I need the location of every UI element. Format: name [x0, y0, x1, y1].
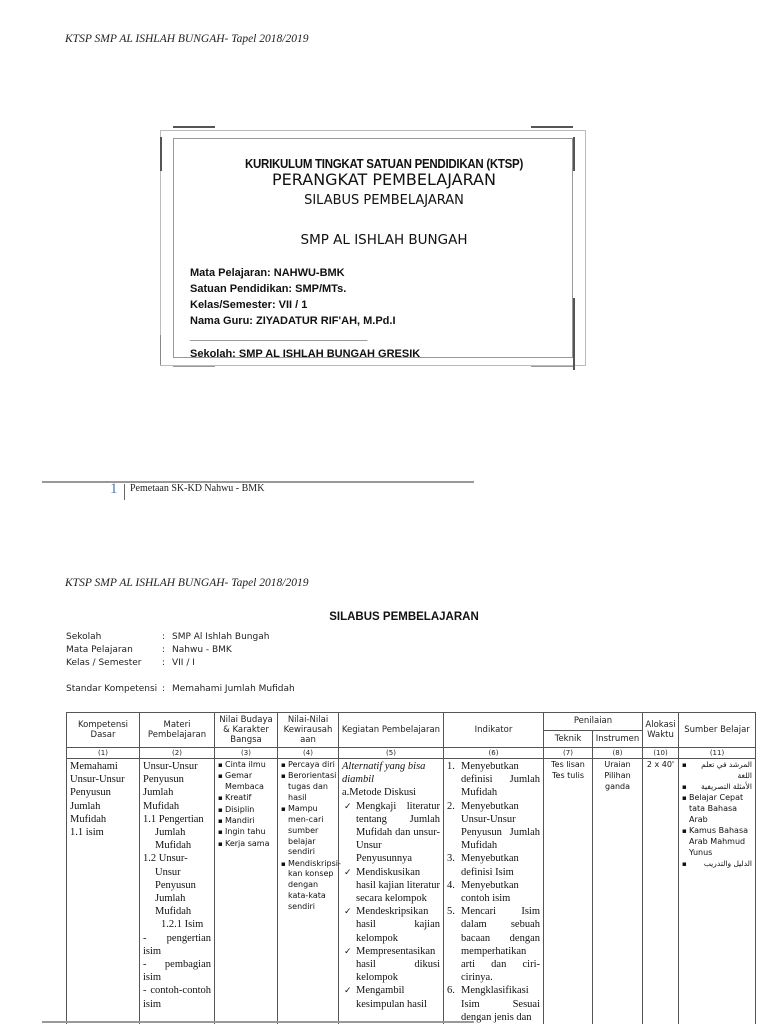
frame-corner: [173, 126, 215, 128]
meta-value: Memahami Jumlah Mufidah: [172, 684, 295, 694]
materi-item: 1.1 Pengertian Jumlah Mufidah: [143, 813, 211, 853]
materi-point: - contoh-contoh isim: [143, 984, 211, 1010]
column-number: (3): [215, 748, 278, 759]
frame-corner: [573, 298, 575, 370]
cover-field-sekolah: Sekolah: SMP AL ISHLAH BUNGAH GRESIK: [190, 348, 420, 360]
header-penilaian: Penilaian: [544, 713, 643, 731]
indikator-item: 5.Mencari Isim dalam sebuah bacaan denga…: [447, 905, 540, 984]
indikator-number: 3.: [447, 852, 455, 865]
kegiatan-step: Mempresentasikan hasil dikusi kelompok: [342, 945, 440, 985]
kewirausahaan-item: Mampu men-cari sumber belajar sendiri: [281, 804, 335, 858]
kewirausahaan-item: Percaya diri: [281, 760, 335, 771]
column-number: (5): [339, 748, 444, 759]
cell-kewirausahaan: Percaya diriBerorientasi tugas dan hasil…: [278, 759, 339, 1024]
cover-signature-line: _____________________________: [190, 330, 367, 342]
running-header: KTSP SMP AL ISHLAH BUNGAH- Tapel 2018/20…: [65, 577, 308, 589]
sumber-item: المرشد في تعلم اللغة: [682, 760, 752, 782]
kewirausahaan-item: Mendiskripsi-kan konsep dengan kata-kata…: [281, 859, 335, 913]
materi-subitem: 1.2.1 Isim: [143, 918, 211, 931]
nilai-budaya-item: Disiplin: [218, 805, 274, 816]
meta-value: Nahwu - BMK: [172, 645, 232, 655]
cell-sumber: المرشد في تعلم اللغةالأمثلة التصريفيةBel…: [679, 759, 756, 1024]
header-teknik: Teknik: [544, 730, 593, 748]
kegiatan-step: Mendeskripsikan hasil kajian kelompok: [342, 905, 440, 945]
cover-field-mata-pelajaran: Mata Pelajaran: NAHWU-BMK: [190, 267, 345, 279]
column-number: (6): [444, 748, 544, 759]
kegiatan-method: a.Metode Diskusi: [342, 786, 440, 799]
header-alokasi: Alokasi Waktu: [643, 713, 679, 748]
indikator-item: 6.Mengklasifikasi Isim Sesuai dengan jen…: [447, 984, 540, 1024]
materi-item: 1.2 Unsur-Unsur Penyusun Jumlah Mufidah: [143, 852, 211, 918]
cell-kegiatan: Alternatif yang bisa diambil a.Metode Di…: [339, 759, 444, 1024]
column-number: (10): [643, 748, 679, 759]
silabus-table: Kompetensi Dasar Materi Pembelajaran Nil…: [66, 712, 756, 1024]
cell-materi: Unsur-Unsur Penyusun Jumlah Mufidah 1.1 …: [140, 759, 215, 1024]
cover-field-nama-guru: Nama Guru: ZIYADATUR RIF'AH, M.Pd.I: [190, 315, 396, 327]
instrumen-item: Uraian: [596, 760, 639, 771]
kegiatan-step: Mengambil kesimpulan hasil: [342, 984, 440, 1010]
meta-value: SMP Al Ishlah Bungah: [172, 632, 269, 642]
cover-school: SMP AL ISHLAH BUNGAH: [0, 232, 768, 248]
kegiatan-step: Mengkaji literatur tentang Jumlah Mufida…: [342, 800, 440, 866]
cell-nilai-budaya: Cinta ilmuGemar MembacaKreatifDisiplinMa…: [215, 759, 278, 1024]
footer-separator: [124, 484, 125, 500]
nilai-budaya-item: Cinta ilmu: [218, 760, 274, 771]
materi-point: - pengertian isim: [143, 932, 211, 958]
cover-title: PERANGKAT PEMBELAJARAN: [0, 170, 768, 189]
frame-corner: [531, 126, 573, 128]
column-number: (4): [278, 748, 339, 759]
frame-corner: [160, 335, 161, 365]
frame-corner: [531, 366, 573, 367]
sumber-item: Belajar Cepat tata Bahasa Arab: [682, 793, 752, 825]
cover-ktsp-heading: KURIKULUM TINGKAT SATUAN PENDIDIKAN (KTS…: [31, 157, 738, 171]
meta-sep: :: [162, 645, 172, 655]
indikator-number: 4.: [447, 879, 455, 892]
meta-sep: :: [162, 632, 172, 642]
indikator-item: 4.Menyebutkan contoh isim: [447, 879, 540, 905]
column-number: (8): [593, 748, 643, 759]
nilai-budaya-item: Ingin tahu: [218, 827, 274, 838]
header-materi: Materi Pembelajaran: [140, 713, 215, 748]
cell-indikator: 1.Menyebutkan definisi Jumlah Mufidah2.M…: [444, 759, 544, 1024]
header-instrumen: Instrumen: [593, 730, 643, 748]
meta-value: VII / I: [172, 658, 195, 668]
column-number: (2): [140, 748, 215, 759]
meta-sep: :: [162, 658, 172, 668]
meta-sep: :: [162, 684, 172, 694]
nilai-budaya-item: Mandiri: [218, 816, 274, 827]
sumber-item: الدليل والتدريب: [682, 859, 752, 870]
column-number: (11): [679, 748, 756, 759]
header-kegiatan: Kegiatan Pembelajaran: [339, 713, 444, 748]
cover-subtitle: SILABUS PEMBELAJARAN: [0, 193, 768, 208]
alokasi-value: 2 x 40': [646, 760, 675, 771]
indikator-number: 1.: [447, 760, 455, 773]
meta-standar-kompetensi: Standar Kompetensi:Memahami Jumlah Mufid…: [66, 684, 295, 694]
indikator-number: 2.: [447, 800, 455, 813]
footer-text: Pemetaan SK-KD Nahwu - BMK: [130, 483, 264, 494]
cover-field-satuan-pendidikan: Satuan Pendidikan: SMP/MTs.: [190, 283, 346, 295]
teknik-item: Tes lisan: [547, 760, 589, 771]
teknik-item: Tes tulis: [547, 771, 589, 782]
page-number: 1: [110, 481, 118, 498]
frame-corner: [173, 366, 215, 367]
meta-sekolah: Sekolah:SMP Al Ishlah Bungah: [66, 632, 269, 642]
silabus-title: SILABUS PEMBELAJARAN: [0, 611, 768, 623]
indikator-number: 5.: [447, 905, 455, 918]
column-number: (7): [544, 748, 593, 759]
kd-item: 1.1 isim: [70, 826, 136, 839]
cell-instrumen: Uraian Pilihan ganda: [593, 759, 643, 1024]
nilai-budaya-item: Kerja sama: [218, 839, 274, 850]
materi-intro: Unsur-Unsur Penyusun Jumlah Mufidah: [143, 760, 211, 813]
meta-label: Kelas / Semester: [66, 658, 162, 668]
sumber-item: Kamus Bahasa Arab Mahmud Yunus: [682, 826, 752, 858]
column-number: (1): [67, 748, 140, 759]
header-indikator: Indikator: [444, 713, 544, 748]
kegiatan-intro: Alternatif yang bisa diambil: [342, 760, 440, 786]
nilai-budaya-item: Gemar Membaca: [218, 771, 274, 793]
header-sumber: Sumber Belajar: [679, 713, 756, 748]
kd-text: Memahami Unsur-Unsur Penyusun Jumlah Muf…: [70, 760, 136, 826]
meta-label: Sekolah: [66, 632, 162, 642]
materi-point: - pembagian isim: [143, 958, 211, 984]
indikator-number: 6.: [447, 984, 455, 997]
running-header: KTSP SMP AL ISHLAH BUNGAH- Tapel 2018/20…: [65, 33, 308, 45]
cell-alokasi: 2 x 40': [643, 759, 679, 1024]
header-kompetensi-dasar: Kompetensi Dasar: [67, 713, 140, 748]
meta-label: Standar Kompetensi: [66, 684, 162, 694]
meta-kelas-semester: Kelas / Semester:VII / I: [66, 658, 195, 668]
indikator-item: 1.Menyebutkan definisi Jumlah Mufidah: [447, 760, 540, 800]
nilai-budaya-item: Kreatif: [218, 793, 274, 804]
meta-label: Mata Pelajaran: [66, 645, 162, 655]
instrumen-item: Pilihan ganda: [596, 771, 639, 793]
header-kewirausahaan: Nilai-Nilai Kewirausah aan: [278, 713, 339, 748]
kewirausahaan-item: Berorientasi tugas dan hasil: [281, 771, 335, 803]
kegiatan-step: Mendiskusikan hasil kajian literatur sec…: [342, 866, 440, 906]
cover-field-kelas-semester: Kelas/Semester: VII / 1: [190, 299, 307, 311]
cell-teknik: Tes lisan Tes tulis: [544, 759, 593, 1024]
footer-rule: [42, 1021, 474, 1023]
indikator-item: 2.Menyebutkan Unsur-Unsur Penyusun Jumla…: [447, 800, 540, 853]
sumber-item: الأمثلة التصريفية: [682, 782, 752, 793]
indikator-item: 3.Menyebutkan definisi Isim: [447, 852, 540, 878]
meta-mata-pelajaran: Mata Pelajaran:Nahwu - BMK: [66, 645, 232, 655]
header-nilai-budaya: Nilai Budaya & Karakter Bangsa: [215, 713, 278, 748]
cell-kompetensi-dasar: Memahami Unsur-Unsur Penyusun Jumlah Muf…: [67, 759, 140, 1024]
